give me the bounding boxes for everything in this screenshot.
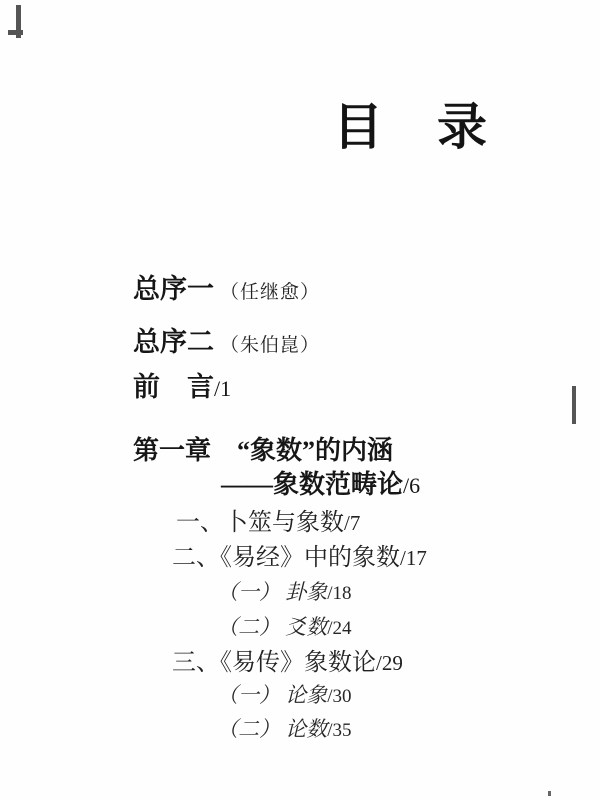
toc-entry-chapter-1-title: 第一章 “象数”的内涵 <box>133 438 393 464</box>
entry-label: 三、《易传》象数论 <box>172 650 376 676</box>
scanned-toc-page: 目 录 总序一（任继愈） 总序二（朱伯崑） 前 言/1 第一章 “象数”的内涵 … <box>0 0 600 800</box>
entry-label: （一） 论象 <box>217 683 327 707</box>
toc-entry-chapter-1-subtitle: ——象数范畴论/6 <box>221 472 420 498</box>
scan-artifact-top-left-tick <box>8 30 23 35</box>
entry-label: （二） 爻数 <box>217 615 327 639</box>
toc-entry-subsection-2-1: （一） 卦象/18 <box>217 582 352 603</box>
entry-label: ——象数范畴论 <box>221 470 403 499</box>
entry-label: 一、卜筮与象数 <box>176 510 344 536</box>
toc-entry-subsection-3-2: （二） 论数/35 <box>217 719 352 740</box>
entry-page-number: /29 <box>376 651 403 675</box>
entry-label: （一） 卦象 <box>217 580 327 604</box>
toc-entry-general-preface-2: 总序二（朱伯崑） <box>133 329 320 356</box>
entry-label: （二） 论数 <box>217 717 327 741</box>
toc-entry-foreword: 前 言/1 <box>133 374 231 401</box>
entry-author-note: （任继愈） <box>220 282 320 303</box>
entry-label: 总序二 <box>133 327 214 357</box>
entry-label: 二、《易经》中的象数 <box>172 545 400 571</box>
entry-page-number: /30 <box>327 686 351 707</box>
entry-page-number: /24 <box>327 618 351 639</box>
toc-entry-general-preface-1: 总序一（任继愈） <box>133 276 320 303</box>
toc-entry-subsection-3-1: （一） 论象/30 <box>217 685 352 706</box>
entry-page-number: /17 <box>400 546 427 570</box>
toc-entry-section-2: 二、《易经》中的象数/17 <box>172 546 427 570</box>
entry-page-number: /1 <box>214 376 231 401</box>
entry-page-number: /35 <box>327 720 351 741</box>
entry-page-number: /6 <box>403 473 420 498</box>
toc-entry-section-1: 一、卜筮与象数/7 <box>176 511 360 535</box>
entry-author-note: （朱伯崑） <box>220 335 320 356</box>
entry-page-number: /7 <box>344 511 360 535</box>
scan-artifact-bottom-speck <box>548 791 551 796</box>
entry-label: 总序一 <box>133 274 214 304</box>
page-title: 目 录 <box>333 102 489 152</box>
entry-label: 第一章 “象数”的内涵 <box>133 436 393 465</box>
scan-artifact-right-edge <box>572 386 576 424</box>
toc-entry-subsection-2-2: （二） 爻数/24 <box>217 617 352 638</box>
entry-label: 前 言 <box>133 372 214 402</box>
entry-page-number: /18 <box>327 583 351 604</box>
toc-entry-section-3: 三、《易传》象数论/29 <box>172 651 403 675</box>
